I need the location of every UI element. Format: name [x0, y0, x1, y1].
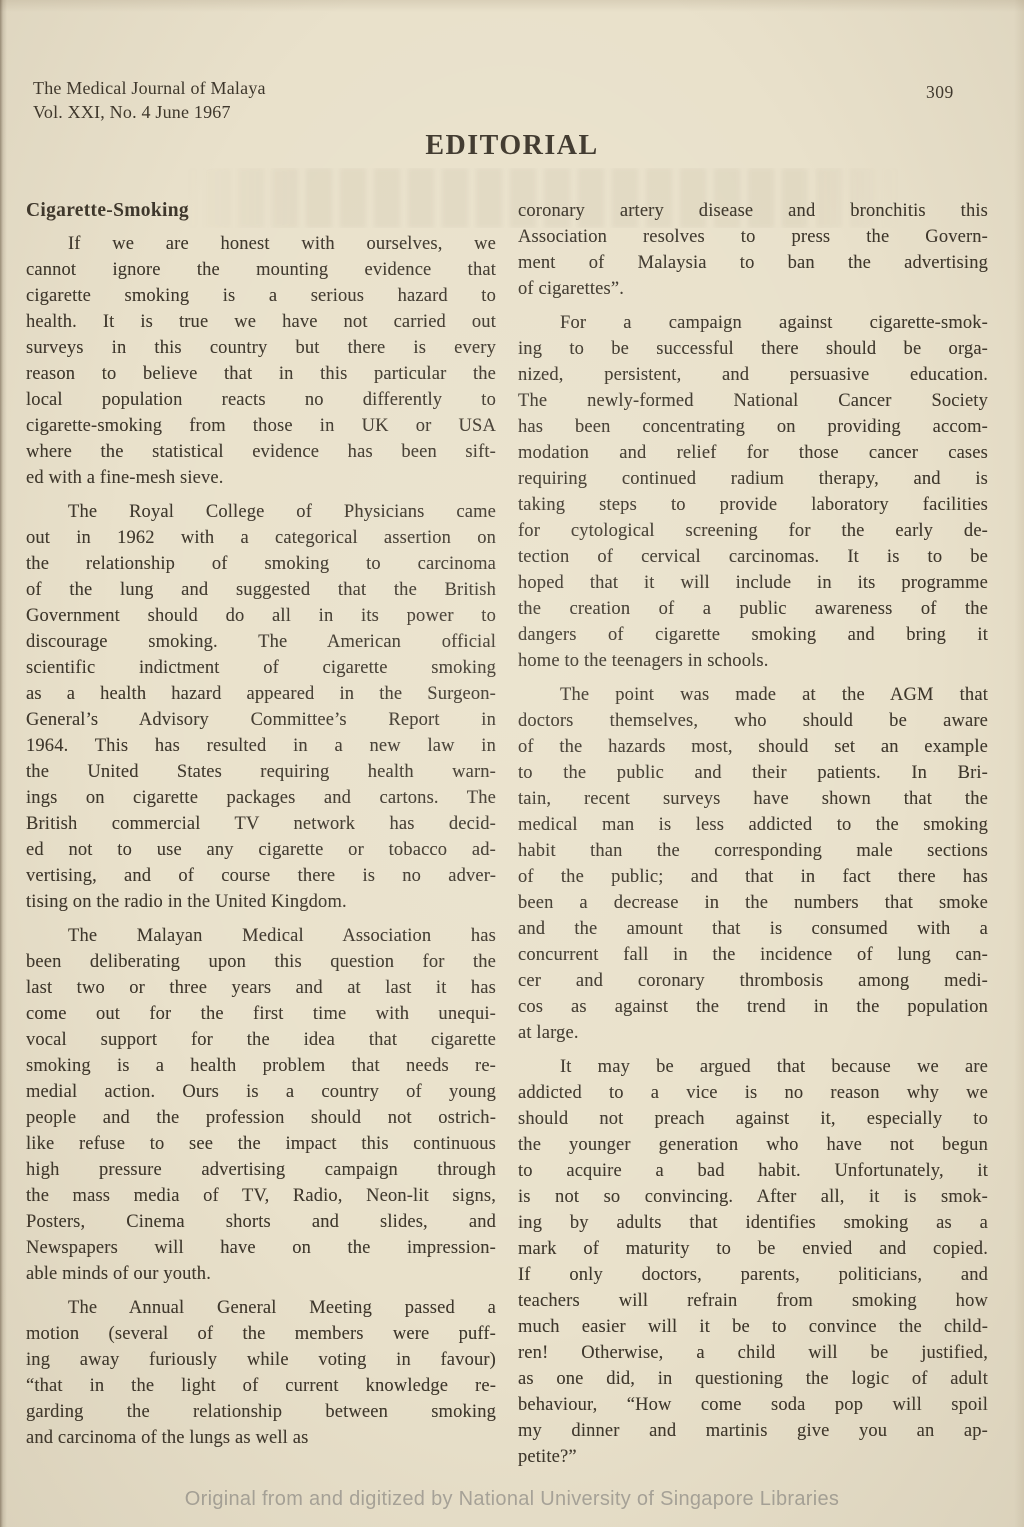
- text-line: much easier will it be to convince the c…: [518, 1314, 988, 1340]
- text-line: petite?”: [518, 1444, 988, 1470]
- text-line: been a decrease in the numbers that smok…: [518, 890, 988, 916]
- paragraph: It may be argued that because we areaddi…: [518, 1054, 988, 1470]
- text-line: reason to believe that in this particula…: [26, 361, 496, 387]
- paragraph: The Royal College of Physicians cameout …: [26, 499, 496, 915]
- text-line: out in 1962 with a categorical assertion…: [26, 525, 496, 551]
- text-line: surveys in this country but there is eve…: [26, 335, 496, 361]
- digitization-attribution: Original from and digitized by National …: [0, 1488, 1024, 1511]
- text-line: 1964. This has resulted in a new law in: [26, 733, 496, 759]
- text-line: the United States requiring health warn-: [26, 759, 496, 785]
- text-line: for cytological screening for the early …: [518, 518, 988, 544]
- right-column: coronary artery disease and bronchitis t…: [518, 198, 988, 1478]
- text-line: mark of maturity to be envied and copied…: [518, 1236, 988, 1262]
- text-line: addicted to a vice is no reason why we: [518, 1080, 988, 1106]
- text-line: ed not to use any cigarette or tobacco a…: [26, 837, 496, 863]
- text-line: people and the profession should not ost…: [26, 1105, 496, 1131]
- text-line: ing away furiously while voting in favou…: [26, 1347, 496, 1373]
- text-line: requiring continued radium therapy, and …: [518, 466, 988, 492]
- text-line: General’s Advisory Committee’s Report in: [26, 707, 496, 733]
- text-line: “that in the light of current knowledge …: [26, 1373, 496, 1399]
- paragraph: The Annual General Meeting passed amotio…: [26, 1295, 496, 1451]
- text-line: where the statistical evidence has been …: [26, 439, 496, 465]
- text-line: If we are honest with ourselves, we: [26, 231, 496, 257]
- text-line: the mass media of TV, Radio, Neon-lit si…: [26, 1183, 496, 1209]
- text-line: as a health hazard appeared in the Surge…: [26, 681, 496, 707]
- text-line: motion (several of the members were puff…: [26, 1321, 496, 1347]
- text-line: habit than the corresponding male sectio…: [518, 838, 988, 864]
- page-number: 309: [926, 82, 954, 103]
- text-line: the creation of a public awareness of th…: [518, 596, 988, 622]
- journal-issue: Vol. XXI, No. 4 June 1967: [33, 100, 266, 124]
- text-line: The Malayan Medical Association has: [26, 923, 496, 949]
- text-line: should not preach against it, especially…: [518, 1106, 988, 1132]
- text-line: of the public; and that in fact there ha…: [518, 864, 988, 890]
- text-line: ren! Otherwise, a child will be justifie…: [518, 1340, 988, 1366]
- text-line: The Royal College of Physicians came: [26, 499, 496, 525]
- text-line: ing to be successful there should be org…: [518, 336, 988, 362]
- text-line: discourage smoking. The American officia…: [26, 629, 496, 655]
- text-line: and carcinoma of the lungs as well as: [26, 1425, 496, 1451]
- text-line: and the amount that is consumed with a: [518, 916, 988, 942]
- text-line: dangers of cigarette smoking and bring i…: [518, 622, 988, 648]
- paragraph: The Malayan Medical Association hasbeen …: [26, 923, 496, 1287]
- text-line: to acquire a bad habit. Unfortunately, i…: [518, 1158, 988, 1184]
- text-line: The point was made at the AGM that: [518, 682, 988, 708]
- text-line: It may be argued that because we are: [518, 1054, 988, 1080]
- left-column-paragraphs: If we are honest with ourselves, wecanno…: [26, 231, 496, 1451]
- text-line: been deliberating upon this question for…: [26, 949, 496, 975]
- right-column-paragraphs: coronary artery disease and bronchitis t…: [518, 198, 988, 1470]
- text-line: tain, recent surveys have shown that the: [518, 786, 988, 812]
- text-line: The Annual General Meeting passed a: [26, 1295, 496, 1321]
- text-line: to the public and their patients. In Bri…: [518, 760, 988, 786]
- text-line: like refuse to see the impact this conti…: [26, 1131, 496, 1157]
- text-line: cer and coronary thrombosis among medi-: [518, 968, 988, 994]
- text-line: If only doctors, parents, politicians, a…: [518, 1262, 988, 1288]
- text-line: taking steps to provide laboratory facil…: [518, 492, 988, 518]
- article-heading: Cigarette-Smoking: [26, 198, 496, 224]
- text-line: doctors themselves, who should be aware: [518, 708, 988, 734]
- journal-title: The Medical Journal of Malaya: [33, 76, 266, 100]
- text-line: come out for the first time with unequi-: [26, 1001, 496, 1027]
- text-line: of the hazards most, should set an examp…: [518, 734, 988, 760]
- text-line: Association resolves to press the Govern…: [518, 224, 988, 250]
- left-column: Cigarette-Smoking If we are honest with …: [26, 198, 496, 1478]
- text-line: Posters, Cinema shorts and slides, and: [26, 1209, 496, 1235]
- text-line: cigarette smoking is a serious hazard to: [26, 283, 496, 309]
- text-line: is not so convincing. After all, it is s…: [518, 1184, 988, 1210]
- text-line: at large.: [518, 1020, 988, 1046]
- text-line: Newspapers will have on the impression-: [26, 1235, 496, 1261]
- text-line: home to the teenagers in schools.: [518, 648, 988, 674]
- text-line: of the lung and suggested that the Briti…: [26, 577, 496, 603]
- text-line: the relationship of smoking to carcinoma: [26, 551, 496, 577]
- text-line: tection of cervical carcinomas. It is to…: [518, 544, 988, 570]
- text-line: scientific indictment of cigarette smoki…: [26, 655, 496, 681]
- paragraph: If we are honest with ourselves, wecanno…: [26, 231, 496, 491]
- text-line: ing by adults that identifies smoking as…: [518, 1210, 988, 1236]
- text-line: ings on cigarette packages and cartons. …: [26, 785, 496, 811]
- text-line: of cigarettes”.: [518, 276, 988, 302]
- text-line: concurrent fall in the incidence of lung…: [518, 942, 988, 968]
- text-line: cos as against the trend in the populati…: [518, 994, 988, 1020]
- two-column-body: Cigarette-Smoking If we are honest with …: [26, 198, 988, 1478]
- text-line: local population reacts no differently t…: [26, 387, 496, 413]
- text-line: behaviour, “How come soda pop will spoil: [518, 1392, 988, 1418]
- journal-masthead: The Medical Journal of Malaya Vol. XXI, …: [33, 76, 266, 124]
- text-line: medial action. Ours is a country of youn…: [26, 1079, 496, 1105]
- paragraph: For a campaign against cigarette-smok-in…: [518, 310, 988, 674]
- text-line: ment of Malaysia to ban the advertising: [518, 250, 988, 276]
- text-line: last two or three years and at last it h…: [26, 975, 496, 1001]
- text-line: the younger generation who have not begu…: [518, 1132, 988, 1158]
- text-line: British commercial TV network has decid-: [26, 811, 496, 837]
- text-line: ed with a fine-mesh sieve.: [26, 465, 496, 491]
- text-line: garding the relationship between smoking: [26, 1399, 496, 1425]
- text-line: The newly-formed National Cancer Society: [518, 388, 988, 414]
- text-line: modation and relief for those cancer cas…: [518, 440, 988, 466]
- text-line: cannot ignore the mounting evidence that: [26, 257, 496, 283]
- text-line: health. It is true we have not carried o…: [26, 309, 496, 335]
- scanned-journal-page: The Medical Journal of Malaya Vol. XXI, …: [0, 0, 1024, 1527]
- text-line: Government should do all in its power to: [26, 603, 496, 629]
- text-line: cigarette-smoking from those in UK or US…: [26, 413, 496, 439]
- text-line: has been concentrating on providing acco…: [518, 414, 988, 440]
- text-line: as one did, in questioning the logic of …: [518, 1366, 988, 1392]
- text-line: teachers will refrain from smoking how: [518, 1288, 988, 1314]
- text-line: hoped that it will include in its progra…: [518, 570, 988, 596]
- text-line: medical man is less addicted to the smok…: [518, 812, 988, 838]
- text-line: able minds of our youth.: [26, 1261, 496, 1287]
- text-line: coronary artery disease and bronchitis t…: [518, 198, 988, 224]
- text-line: tising on the radio in the United Kingdo…: [26, 889, 496, 915]
- text-line: high pressure advertising campaign throu…: [26, 1157, 496, 1183]
- text-line: my dinner and martinis give you an ap-: [518, 1418, 988, 1444]
- paragraph: The point was made at the AGM thatdoctor…: [518, 682, 988, 1046]
- paragraph: coronary artery disease and bronchitis t…: [518, 198, 988, 302]
- text-line: vertising, and of course there is no adv…: [26, 863, 496, 889]
- editorial-title: EDITORIAL: [0, 130, 1024, 162]
- text-line: vocal support for the idea that cigarett…: [26, 1027, 496, 1053]
- text-line: For a campaign against cigarette-smok-: [518, 310, 988, 336]
- text-line: nized, persistent, and persuasive educat…: [518, 362, 988, 388]
- text-line: smoking is a health problem that needs r…: [26, 1053, 496, 1079]
